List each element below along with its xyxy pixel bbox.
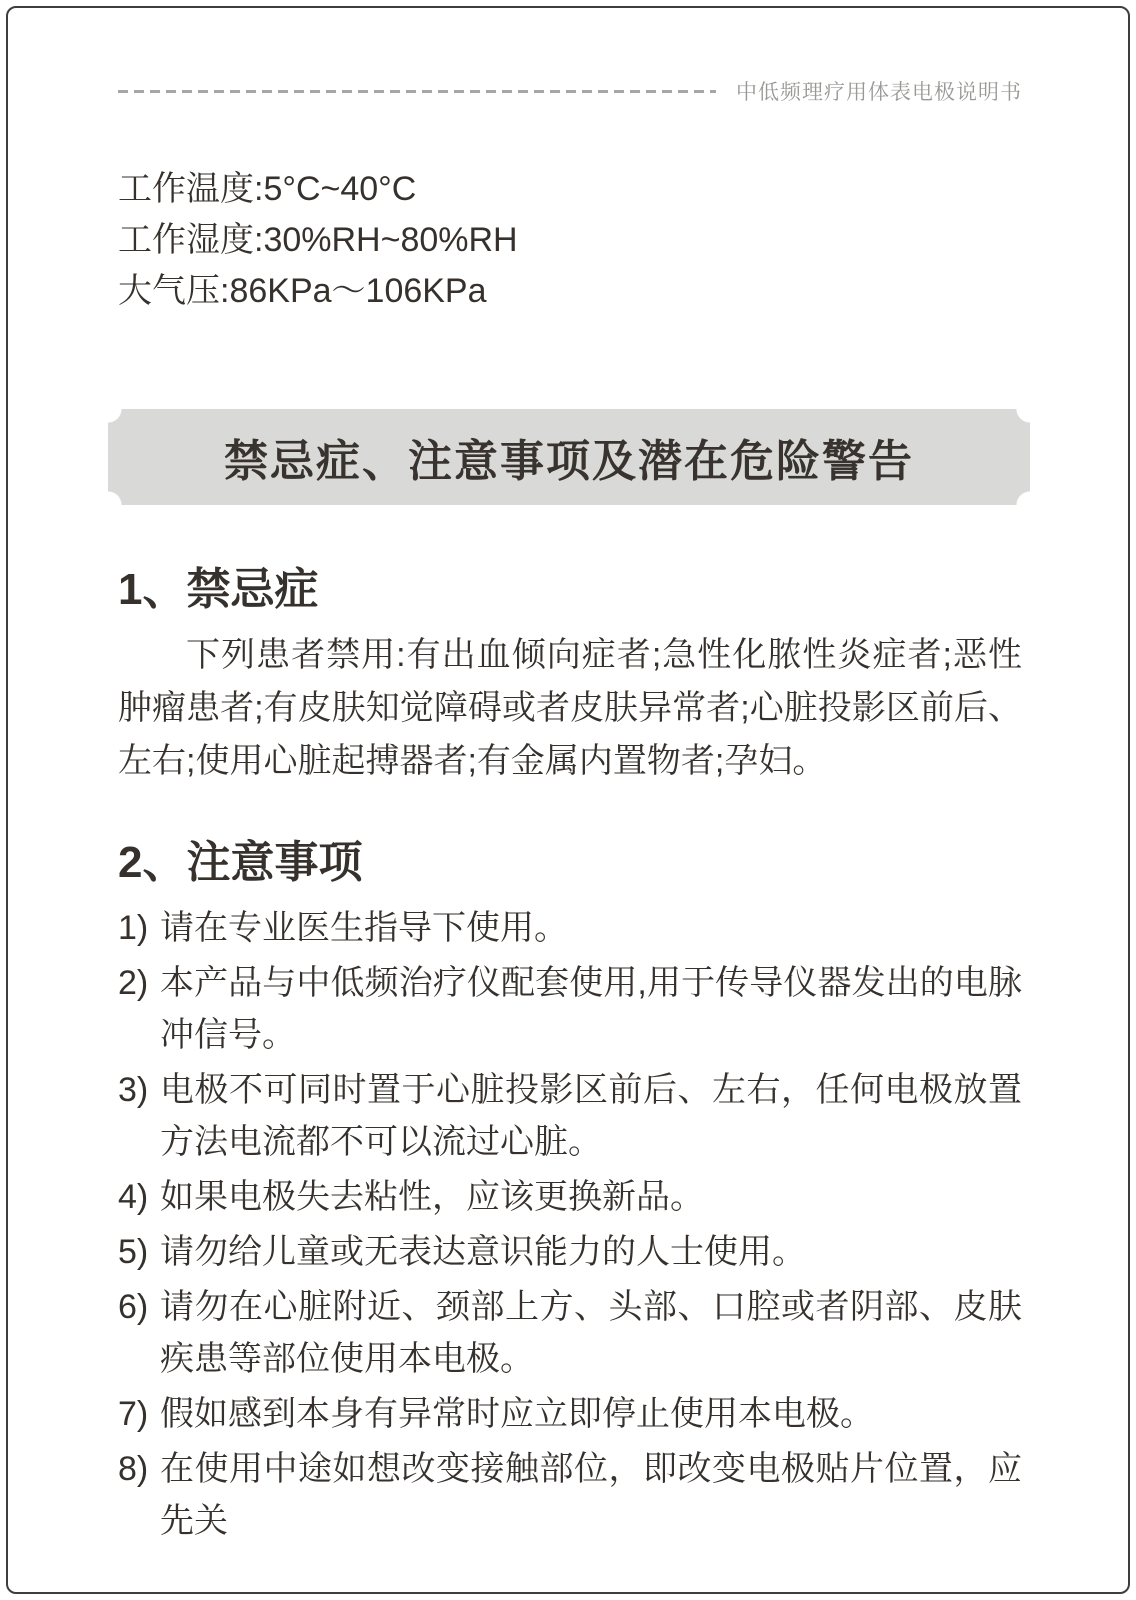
- manual-page: 中低频理疗用体表电极说明书 工作温度:5°C~40°C 工作湿度:30%RH~8…: [0, 0, 1136, 1600]
- warning-banner: 禁忌症、注意事项及潜在危险警告: [108, 409, 1030, 505]
- list-item-number: 4): [118, 1171, 148, 1223]
- header-dashed-rule: [118, 90, 716, 93]
- list-item-number: 6): [118, 1281, 148, 1333]
- list-item-text: 如果电极失去粘性，应该更换新品。: [160, 1178, 704, 1216]
- list-item: 2) 本产品与中低频治疗仪配套使用,用于传导仪器发出的电脉冲信号。: [118, 957, 1022, 1061]
- list-item-text: 请勿给儿童或无表达意识能力的人士使用。: [160, 1233, 806, 1271]
- page-content: 中低频理疗用体表电极说明书 工作温度:5°C~40°C 工作湿度:30%RH~8…: [0, 76, 1136, 1547]
- list-item-number: 7): [118, 1388, 148, 1440]
- warning-banner-title: 禁忌症、注意事项及潜在危险警告: [224, 425, 914, 489]
- list-item: 6) 请勿在心脏附近、颈部上方、头部、口腔或者阴部、皮肤疾患等部位使用本电极。: [118, 1281, 1022, 1385]
- page-header: 中低频理疗用体表电极说明书: [118, 76, 1022, 106]
- spec-operating-humidity: 工作湿度:30%RH~80%RH: [118, 215, 1022, 266]
- list-item-text: 请勿在心脏附近、颈部上方、头部、口腔或者阴部、皮肤疾患等部位使用本电极。: [160, 1288, 1022, 1378]
- list-item-text: 本产品与中低频治疗仪配套使用,用于传导仪器发出的电脉冲信号。: [160, 964, 1022, 1054]
- list-item-text: 请在专业医生指导下使用。: [160, 909, 568, 947]
- list-item-number: 1): [118, 902, 148, 954]
- list-item-number: 3): [118, 1064, 148, 1116]
- list-item: 5) 请勿给儿童或无表达意识能力的人士使用。: [118, 1226, 1022, 1278]
- list-item-number: 8): [118, 1443, 148, 1495]
- section-heading-contraindications: 1、禁忌症: [118, 561, 1022, 619]
- contraindications-paragraph: 下列患者禁用:有出血倾向症者;急性化脓性炎症者;恶性肿瘤患者;有皮肤知觉障碍或者…: [118, 629, 1022, 788]
- list-item-text: 假如感到本身有异常时应立即停止使用本电极。: [160, 1395, 874, 1433]
- list-item-number: 2): [118, 957, 148, 1009]
- list-item: 8) 在使用中途如想改变接触部位，即改变电极贴片位置，应先关: [118, 1443, 1022, 1547]
- list-item-text: 在使用中途如想改变接触部位，即改变电极贴片位置，应先关: [160, 1450, 1022, 1540]
- list-item-number: 5): [118, 1226, 148, 1278]
- precautions-list: 1) 请在专业医生指导下使用。 2) 本产品与中低频治疗仪配套使用,用于传导仪器…: [118, 902, 1022, 1547]
- list-item: 3) 电极不可同时置于心脏投影区前后、左右，任何电极放置方法电流都不可以流过心脏…: [118, 1064, 1022, 1168]
- list-item: 7) 假如感到本身有异常时应立即停止使用本电极。: [118, 1388, 1022, 1440]
- header-title: 中低频理疗用体表电极说明书: [736, 76, 1022, 106]
- spec-operating-temperature: 工作温度:5°C~40°C: [118, 164, 1022, 215]
- spec-list: 工作温度:5°C~40°C 工作湿度:30%RH~80%RH 大气压:86KPa…: [118, 164, 1022, 317]
- list-item-text: 电极不可同时置于心脏投影区前后、左右，任何电极放置方法电流都不可以流过心脏。: [160, 1071, 1022, 1161]
- spec-atmospheric-pressure: 大气压:86KPa～106KPa: [118, 266, 1022, 317]
- section-heading-precautions: 2、注意事项: [118, 834, 1022, 892]
- list-item: 1) 请在专业医生指导下使用。: [118, 902, 1022, 954]
- list-item: 4) 如果电极失去粘性，应该更换新品。: [118, 1171, 1022, 1223]
